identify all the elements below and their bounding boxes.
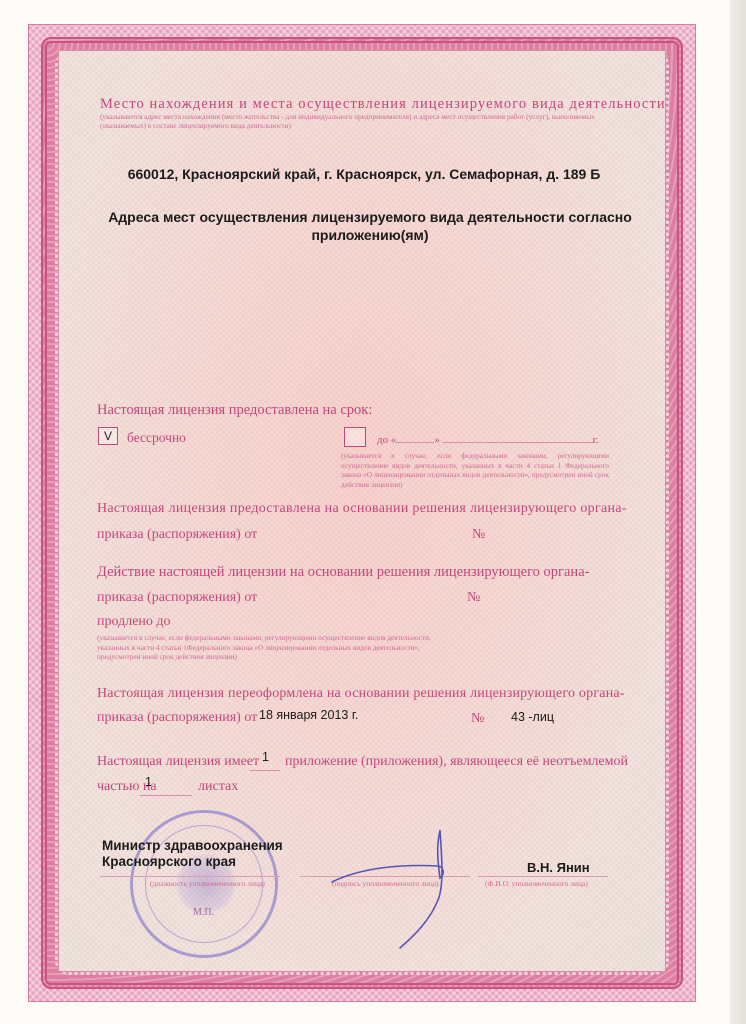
- until-date-line: до «» г.: [377, 434, 599, 446]
- name-caption: (Ф.И.О. уполномоченного лица): [485, 879, 588, 888]
- signatory-position-line-1: Министр здравоохранения: [102, 838, 283, 854]
- extension-line-2: приказа (распоряжения) от: [97, 590, 257, 606]
- until-date-note: (указывается в случае, если федеральными…: [341, 451, 609, 489]
- scan-edge: [730, 0, 746, 1024]
- basis-line-1: Настоящая лицензия предоставлена на осно…: [97, 501, 627, 517]
- appendix-count-underline: [250, 770, 280, 771]
- position-line: [100, 876, 280, 877]
- handwritten-signature: [330, 830, 460, 950]
- until-prefix: до «: [377, 434, 396, 446]
- reissue-order-date: 18 января 2013 г.: [259, 708, 358, 722]
- signatory-name: В.Н. Янин: [527, 860, 590, 875]
- position-caption: (должность уполномоченного лица): [150, 879, 265, 888]
- until-suffix: г.: [593, 434, 599, 446]
- appendix-line-1-suffix: приложение (приложения), являющееся её н…: [285, 754, 628, 770]
- reissue-line-1: Настоящая лицензия переоформлена на осно…: [97, 686, 625, 702]
- until-month-year-field[interactable]: [443, 442, 593, 443]
- appendix-line-1-prefix: Настоящая лицензия имеет: [97, 754, 259, 770]
- reissue-line-2: приказа (распоряжения) от: [97, 710, 257, 726]
- appendix-count: 1: [262, 750, 269, 764]
- license-address: 660012, Красноярский край, г. Красноярск…: [60, 166, 668, 182]
- perpetual-label: бессрочно: [127, 430, 186, 446]
- appendix-line-2-suffix: листах: [198, 779, 238, 795]
- stamp-place-label: М.П.: [193, 907, 214, 918]
- perpetual-checkbox[interactable]: V: [98, 427, 118, 445]
- sheet-count: 1: [145, 775, 152, 789]
- location-section-note: (указываются адрес места нахождения (мес…: [100, 112, 620, 130]
- signatory-position: Министр здравоохранения Красноярского кр…: [102, 838, 283, 870]
- signatory-position-line-2: Красноярского края: [102, 854, 283, 870]
- reissue-order-number: 43 -лиц: [511, 710, 554, 724]
- extension-number-label: №: [467, 590, 480, 606]
- until-date-checkbox[interactable]: [344, 427, 366, 447]
- until-day-field[interactable]: [396, 442, 434, 443]
- prolonged-until-label: продлено до: [97, 614, 171, 630]
- places-of-activity-note: Адреса мест осуществления лицензируемого…: [80, 208, 660, 244]
- location-section-title: Место нахождения и места осуществления л…: [100, 96, 666, 113]
- sheet-count-underline: [140, 795, 192, 796]
- prolonged-note: (указывается в случае, если федеральными…: [97, 633, 452, 662]
- basis-line-2: приказа (распоряжения) от: [97, 527, 257, 543]
- reissue-number-label: №: [471, 711, 484, 727]
- until-mid: »: [434, 434, 440, 446]
- extension-line-1: Действие настоящей лицензии на основании…: [97, 564, 589, 581]
- name-line: [478, 876, 608, 877]
- term-label: Настоящая лицензия предоставлена на срок…: [97, 402, 372, 419]
- basis-number-label: №: [472, 527, 485, 543]
